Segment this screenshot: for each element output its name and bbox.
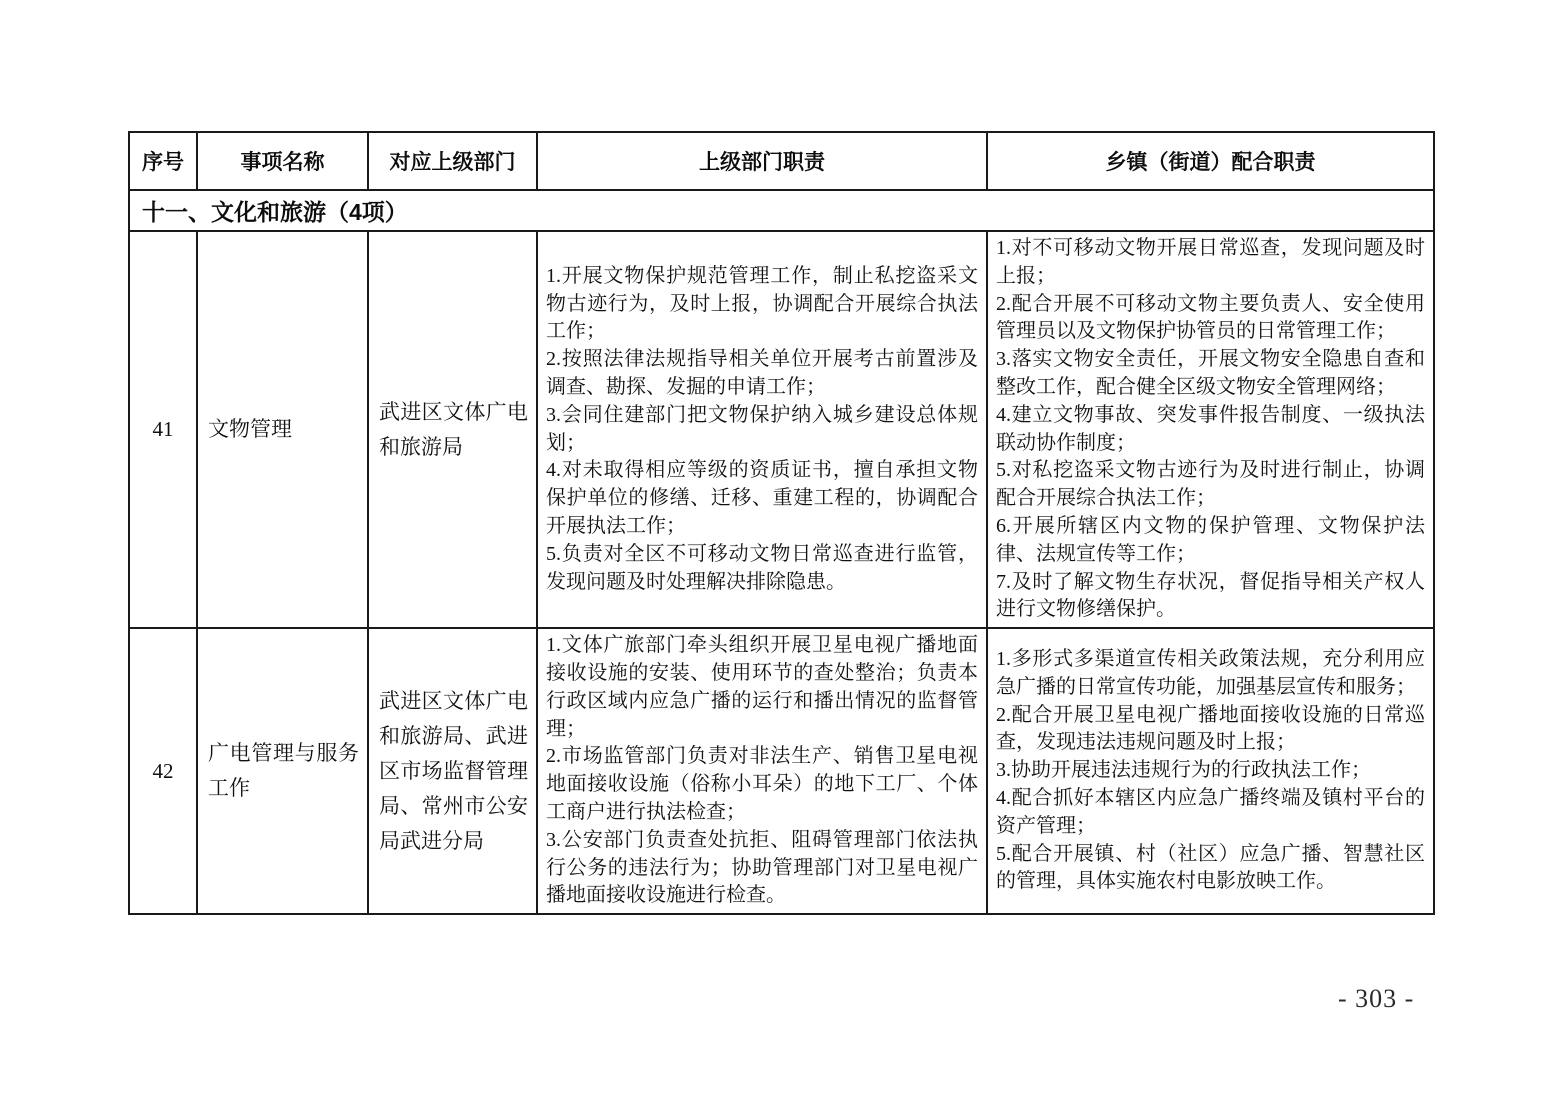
header-cell-item-name: 事项名称 — [197, 132, 368, 190]
township-duties-cell: 1.对不可移动文物开展日常巡查，发现问题及时上报； 2.配合开展不可移动文物主要… — [987, 231, 1434, 628]
section-row: 十一、文化和旅游（4项） — [129, 190, 1434, 231]
seq-cell: 42 — [129, 628, 197, 914]
header-cell-superior-duties: 上级部门职责 — [537, 132, 987, 190]
seq-cell: 41 — [129, 231, 197, 628]
header-cell-seq: 序号 — [129, 132, 197, 190]
superior-duties-cell: 1.文体广旅部门牵头组织开展卫星电视广播地面接收设施的安装、使用环节的查处整治；… — [537, 628, 987, 914]
page-number: - 303 - — [1338, 984, 1414, 1014]
item-name-cell: 文物管理 — [197, 231, 368, 628]
department-cell: 武进区文体广电和旅游局 — [368, 231, 537, 628]
table-row-41: 41 文物管理 武进区文体广电和旅游局 1.开展文物保护规范管理工作，制止私挖盗… — [129, 231, 1434, 628]
duty-table: 序号 事项名称 对应上级部门 上级部门职责 乡镇（街道）配合职责 十一、文化和旅… — [128, 131, 1435, 915]
department-cell: 武进区文体广电和旅游局、武进区市场监督管理局、常州市公安局武进分局 — [368, 628, 537, 914]
superior-duties-cell: 1.开展文物保护规范管理工作，制止私挖盗采文物古迹行为，及时上报，协调配合开展综… — [537, 231, 987, 628]
document-page: 序号 事项名称 对应上级部门 上级部门职责 乡镇（街道）配合职责 十一、文化和旅… — [0, 0, 1559, 1102]
item-name-cell: 广电管理与服务工作 — [197, 628, 368, 914]
header-cell-department: 对应上级部门 — [368, 132, 537, 190]
header-cell-township-duties: 乡镇（街道）配合职责 — [987, 132, 1434, 190]
section-title: 十一、文化和旅游（4项） — [129, 190, 1434, 231]
table-header-row: 序号 事项名称 对应上级部门 上级部门职责 乡镇（街道）配合职责 — [129, 132, 1434, 190]
table-row-42: 42 广电管理与服务工作 武进区文体广电和旅游局、武进区市场监督管理局、常州市公… — [129, 628, 1434, 914]
township-duties-cell: 1.多形式多渠道宣传相关政策法规，充分利用应急广播的日常宣传功能，加强基层宣传和… — [987, 628, 1434, 914]
